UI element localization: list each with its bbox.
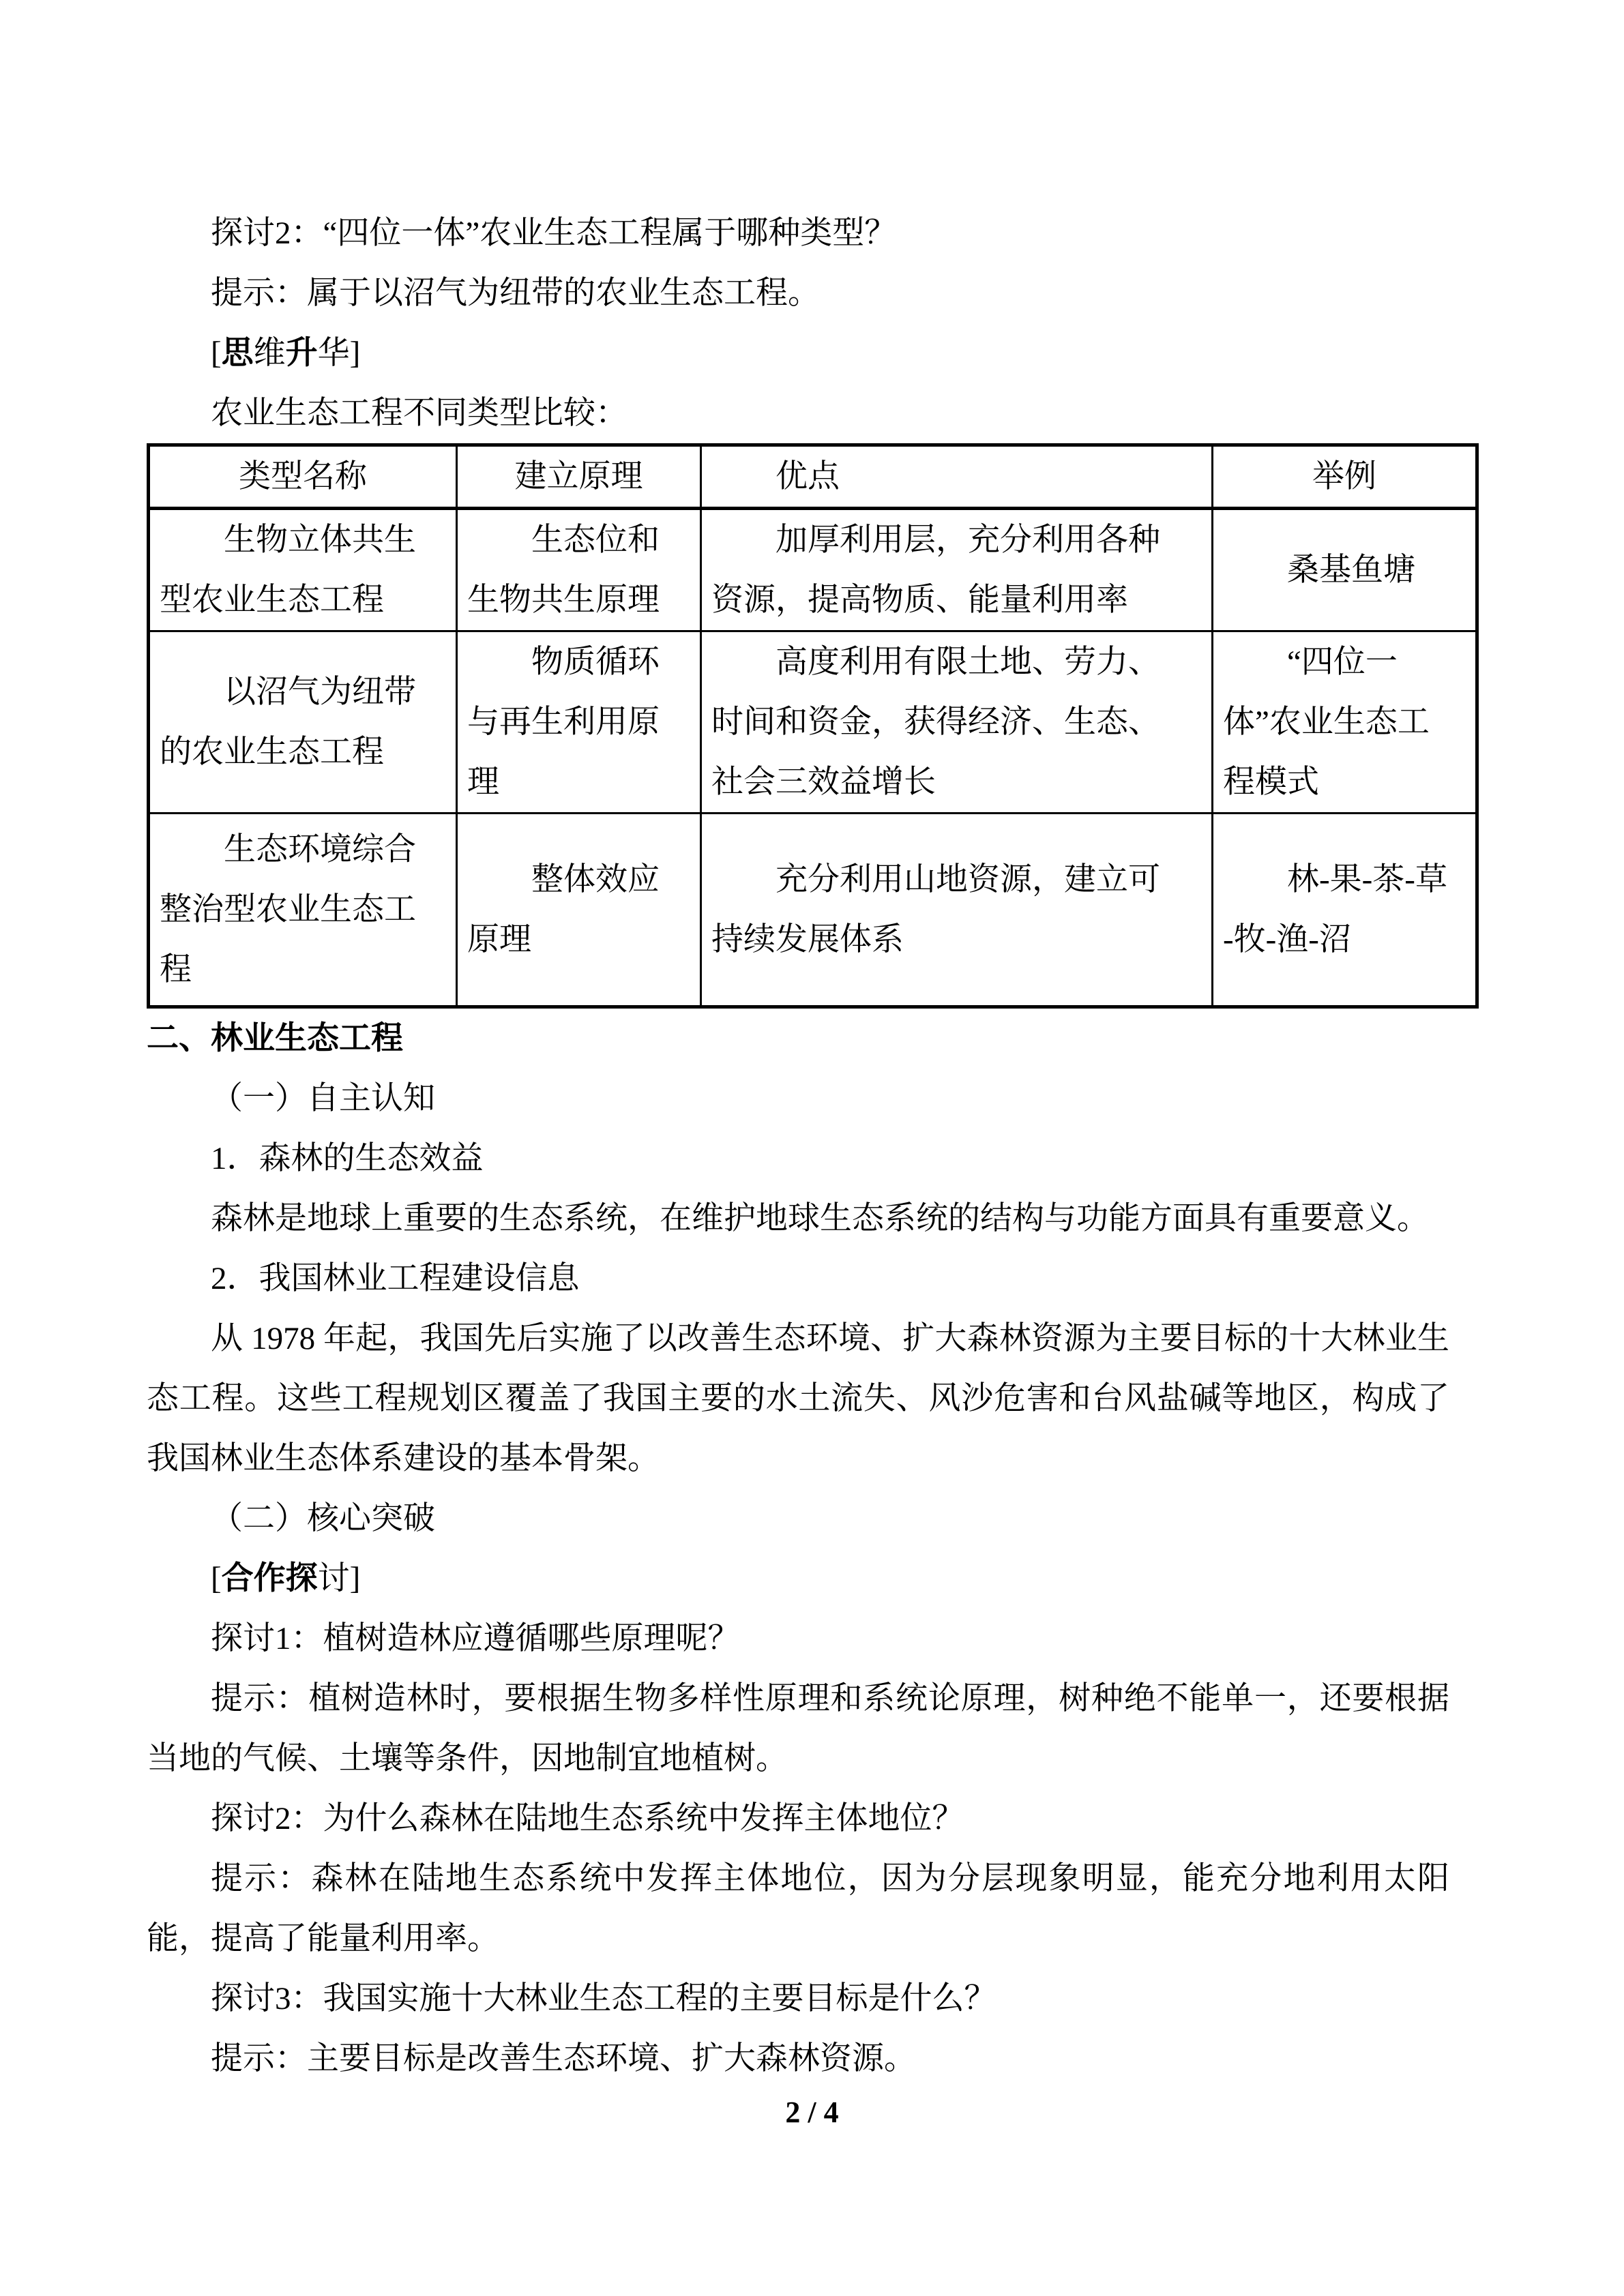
- label-thinking-upgrade: [思维升华]: [147, 323, 1449, 383]
- cell-advantage: 充分利用山地资源，建立可 持续发展体系: [701, 814, 1213, 1007]
- paragraph-compare-title: 农业生态工程不同类型比较：: [147, 383, 1449, 443]
- document-content: 探讨2：“四位一体”农业生态工程属于哪种类型？ 提示：属于以沼气为纽带的农业生态…: [147, 203, 1475, 2089]
- page-number: 2 / 4: [0, 2092, 1624, 2133]
- paragraph-discuss3-question: 探讨3：我国实施十大林业生态工程的主要目标是什么？: [147, 1969, 1449, 2029]
- paragraph-discuss2-question: 探讨2：“四位一体”农业生态工程属于哪种类型？: [147, 203, 1449, 263]
- cell-example: 林-果-茶-草 -牧-渔-沼: [1213, 814, 1477, 1007]
- cell-principle: 整体效应 原理: [457, 814, 701, 1007]
- subsection-self-cognition: （一）自主认知: [147, 1069, 1449, 1129]
- item-forestry-project-info: 2．我国林业工程建设信息: [147, 1249, 1449, 1309]
- cell-advantage: 高度利用有限土地、劳力、 时间和资金，获得经济、生态、 社会三效益增长: [701, 631, 1213, 814]
- cell-type-name: 以沼气为纽带 的农业生态工程: [149, 631, 457, 814]
- col-header-advantage: 优点: [701, 445, 1213, 509]
- table-header-row: 类型名称 建立原理 优点 举例: [149, 445, 1477, 509]
- paragraph-discuss2-hint: 提示：属于以沼气为纽带的农业生态工程。: [147, 263, 1449, 323]
- cell-type-name: 生物立体共生 型农业生态工程: [149, 509, 457, 631]
- paragraph-discuss2-hint: 提示：森林在陆地生态系统中发挥主体地位，因为分层现象明显，能充分地利用太阳能，提…: [147, 1849, 1449, 1969]
- paragraph-forest-importance: 森林是地球上重要的生态系统，在维护地球生态系统的结构与功能方面具有重要意义。: [147, 1189, 1449, 1249]
- col-header-example: 举例: [1213, 445, 1477, 509]
- document-page: 探讨2：“四位一体”农业生态工程属于哪种类型？ 提示：属于以沼气为纽带的农业生态…: [0, 0, 1624, 2296]
- cell-type-name: 生态环境综合 整治型农业生态工 程: [149, 814, 457, 1007]
- agro-eco-comparison-table: 类型名称 建立原理 优点 举例 生物立体共生 型农业生态工程 生态位和 生物共生…: [147, 443, 1479, 1009]
- cell-advantage: 加厚利用层，充分利用各种 资源，提高物质、能量利用率: [701, 509, 1213, 631]
- paragraph-discuss1-question: 探讨1：植树造林应遵循哪些原理呢？: [147, 1609, 1449, 1669]
- subsection-core-breakthrough: （二）核心突破: [147, 1489, 1449, 1549]
- paragraph-discuss3-hint: 提示：主要目标是改善生态环境、扩大森林资源。: [147, 2029, 1449, 2089]
- col-header-type-name: 类型名称: [149, 445, 457, 509]
- table-row: 生物立体共生 型农业生态工程 生态位和 生物共生原理 加厚利用层，充分利用各种 …: [149, 509, 1477, 631]
- paragraph-forestry-projects: 从 1978 年起，我国先后实施了以改善生态环境、扩大森林资源为主要目标的十大林…: [147, 1309, 1449, 1489]
- table-row: 以沼气为纽带 的农业生态工程 物质循环 与再生利用原 理 高度利用有限土地、劳力…: [149, 631, 1477, 814]
- col-header-principle: 建立原理: [457, 445, 701, 509]
- section-heading-forestry: 二、林业生态工程: [147, 1009, 1449, 1069]
- cell-example: 桑基鱼塘: [1213, 509, 1477, 631]
- cell-principle: 物质循环 与再生利用原 理: [457, 631, 701, 814]
- paragraph-discuss1-hint: 提示：植树造林时，要根据生物多样性原理和系统论原理，树种绝不能单一，还要根据当地…: [147, 1669, 1449, 1789]
- item-forest-eco-benefit: 1．森林的生态效益: [147, 1129, 1449, 1189]
- cell-principle: 生态位和 生物共生原理: [457, 509, 701, 631]
- paragraph-discuss2-question: 探讨2：为什么森林在陆地生态系统中发挥主体地位？: [147, 1789, 1449, 1849]
- label-cooperation-discussion: [合作探讨]: [147, 1549, 1449, 1609]
- table-row: 生态环境综合 整治型农业生态工 程 整体效应 原理 充分利用山地资源，建立可 持…: [149, 814, 1477, 1007]
- cell-example: “四位一 体”农业生态工 程模式: [1213, 631, 1477, 814]
